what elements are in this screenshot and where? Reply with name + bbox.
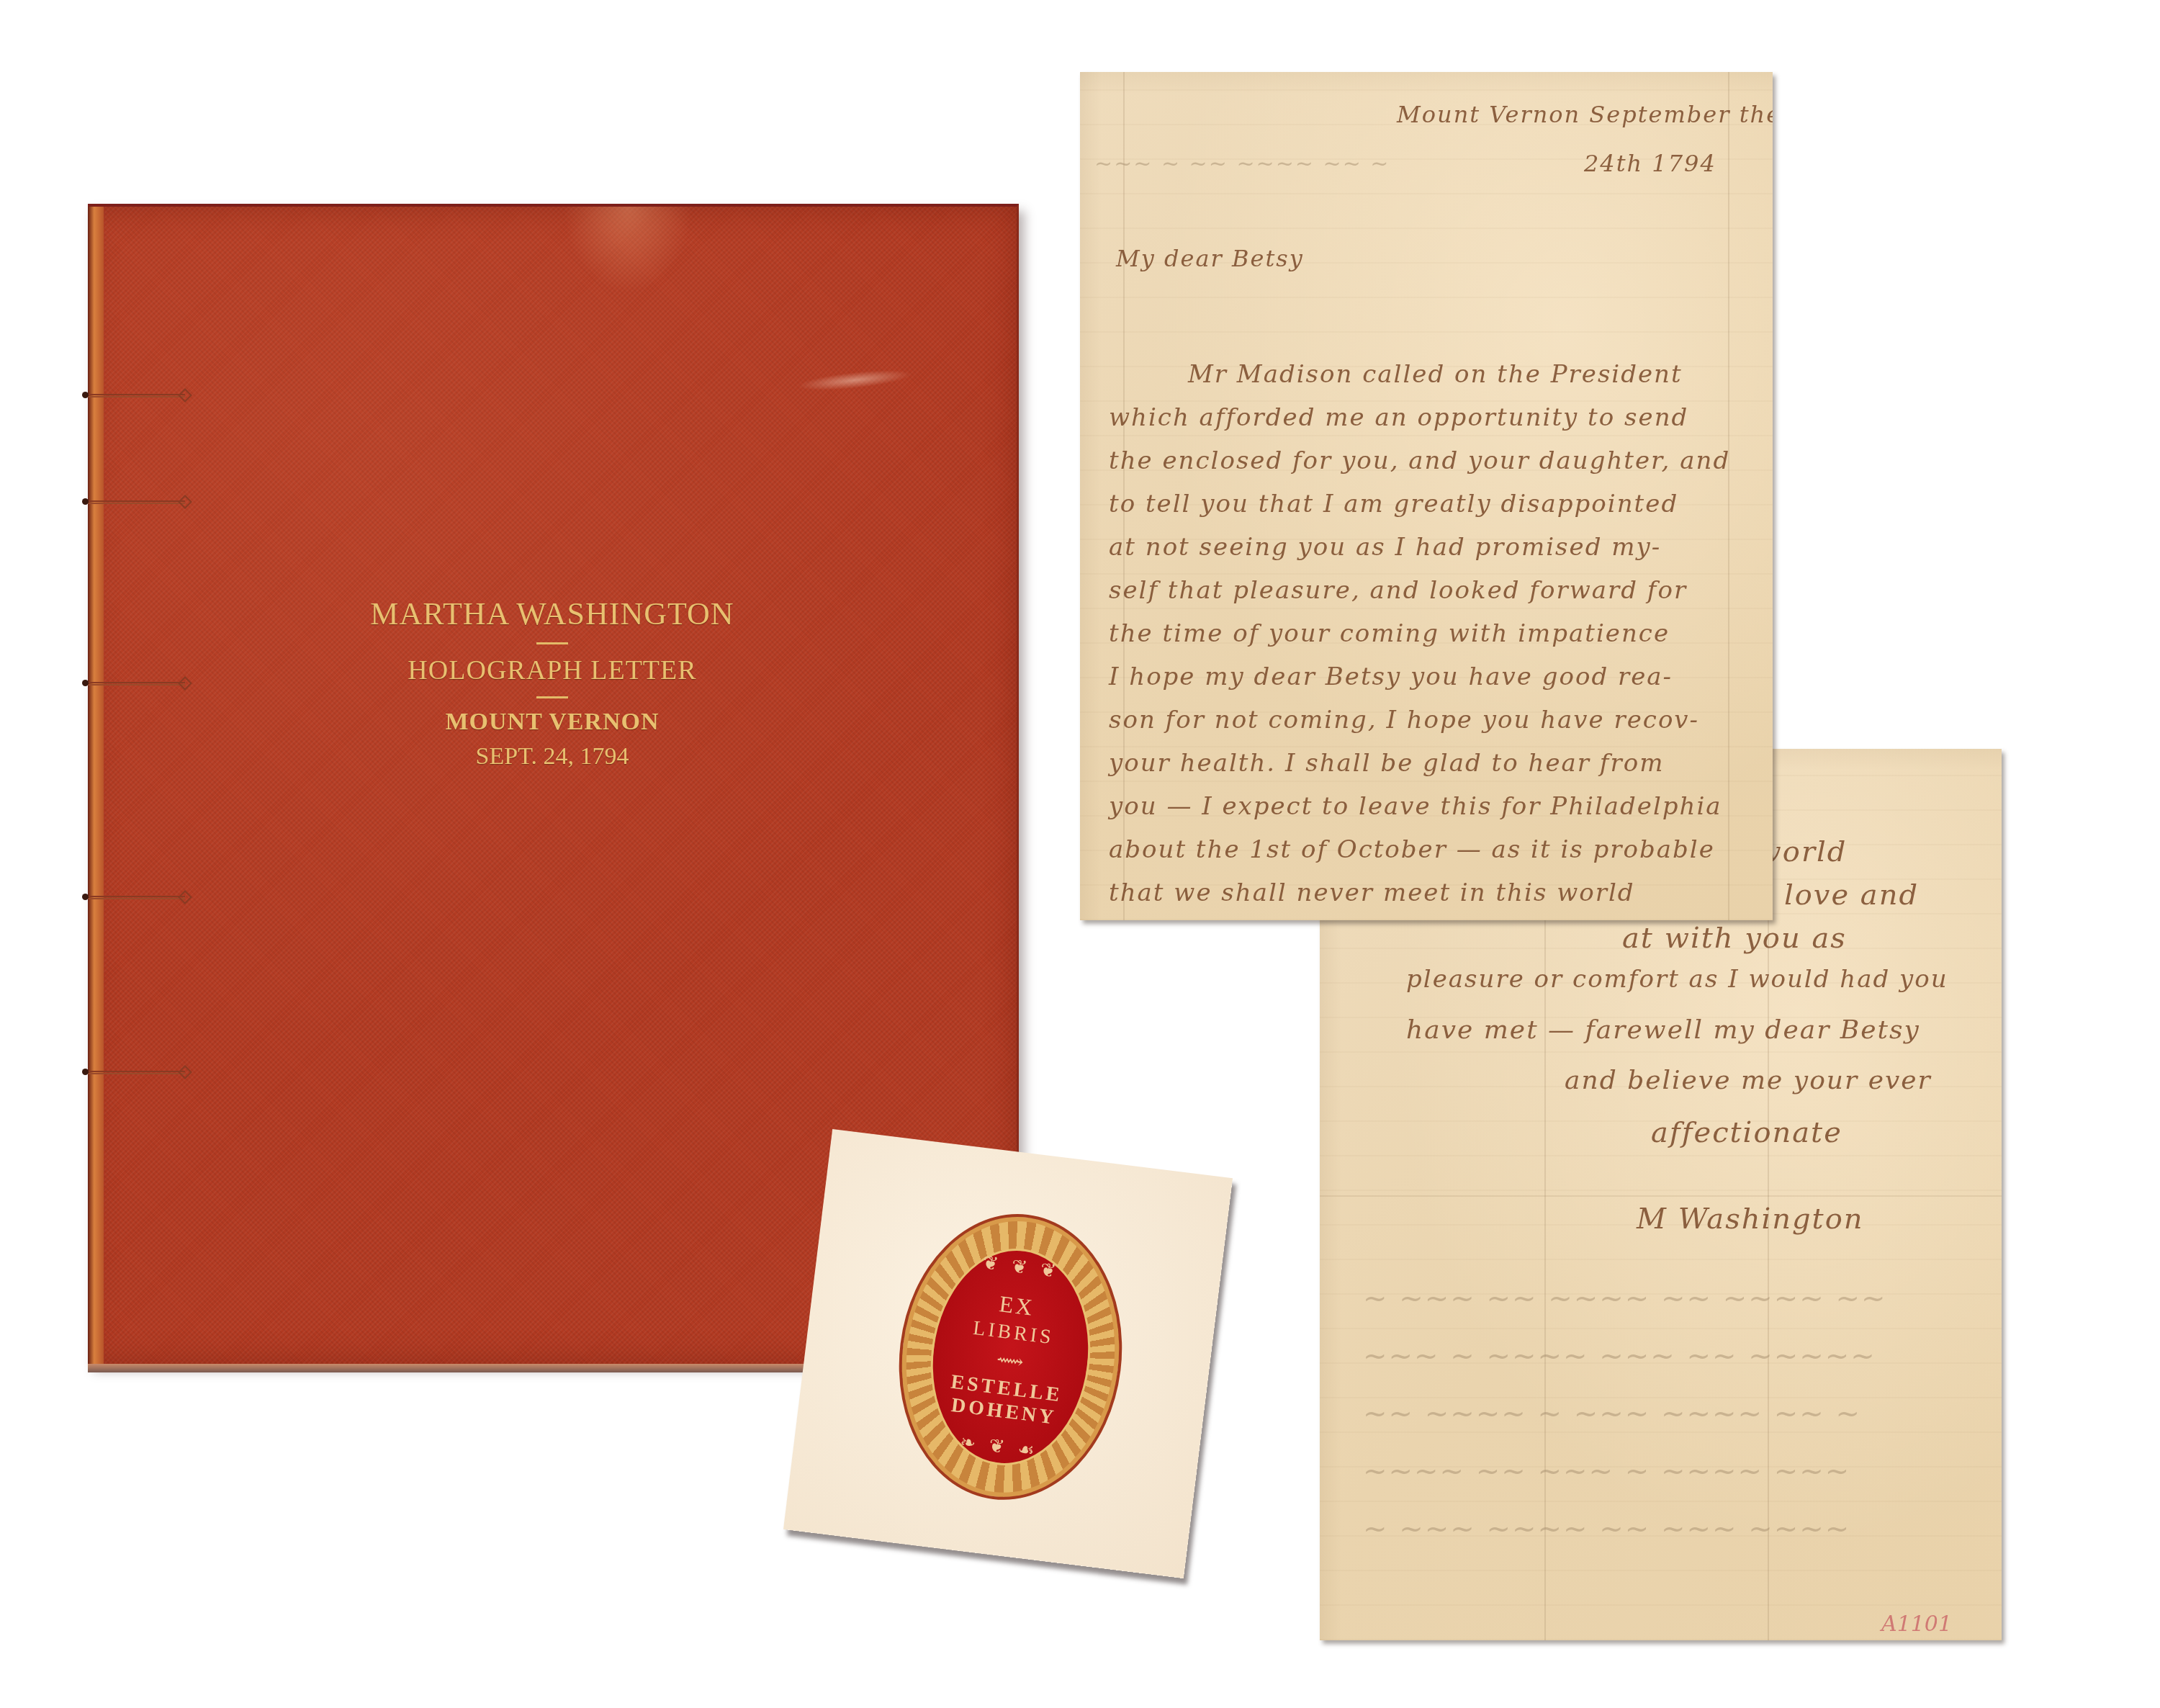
leaf-ornament-icon: ❦ ❦ ❦ (981, 1251, 1061, 1282)
handwritten-line: which afforded me an opportunity to send (1109, 403, 1688, 432)
cover-title: MARTHA WASHINGTON (88, 595, 1017, 632)
cover-divider (536, 696, 568, 698)
leaf-ornament-icon: ❧ ❦ ☙ (959, 1431, 1040, 1462)
handwritten-line: pleasure or comfort as I would had you (1406, 965, 1948, 994)
ex-libris-bookplate: ❦ ❦ ❦ EX LIBRIS ⟿ ESTELLE DOHENY ❧ ❦ ☙ (783, 1129, 1233, 1578)
handwritten-line: you — I expect to leave this for Philade… (1109, 792, 1722, 821)
handwritten-line: affectionate (1651, 1116, 1842, 1149)
handwritten-line: that we shall never meet in this world (1109, 878, 1635, 907)
binding-stitch-icon (88, 892, 196, 901)
binding-stitch-icon (88, 497, 196, 505)
handwritten-line: have met — farewell my dear Betsy (1406, 1015, 1920, 1045)
letter-salutation: My dear Betsy (1116, 245, 1304, 272)
handwritten-line: about the 1st of October — as it is prob… (1109, 835, 1715, 864)
handwritten-line: the time of your coming with impatience (1109, 619, 1670, 648)
bleed-through-text: ~ ~~~ ~~~~ ~~ ~~~ ~~~~ (1363, 1512, 1850, 1545)
bleed-through-text: ~~~ ~ ~~ ~~~~ ~~ ~ (1094, 151, 1390, 176)
cover-divider (536, 642, 568, 644)
handwritten-line: and believe me your ever (1565, 1066, 1932, 1095)
cover-gilt-inscription: MARTHA WASHINGTON HOLOGRAPH LETTER MOUNT… (88, 595, 1017, 770)
handwritten-line: Mr Madison called on the President (1188, 360, 1683, 389)
arrow-ornament-icon: ⟿ (995, 1349, 1025, 1373)
letter-dateline: 24th 1794 (1584, 150, 1716, 177)
handwritten-line: to tell you that I am greatly disappoint… (1109, 490, 1678, 518)
cover-subtitle: HOLOGRAPH LETTER (88, 655, 1017, 686)
cover-scuff-mark (796, 367, 912, 395)
bookplate-ex: EX (998, 1290, 1036, 1321)
paper-fold-line (1728, 72, 1729, 920)
book-spine-edge (88, 207, 104, 1364)
cover-wear-mark (563, 207, 693, 293)
handwritten-line: at with you as (1622, 922, 1847, 955)
bookplate-red-field: ❦ ❦ ❦ EX LIBRIS ⟿ ESTELLE DOHENY ❧ ❦ ☙ (919, 1239, 1102, 1475)
handwritten-line: the enclosed for you, and your daughter,… (1109, 446, 1730, 475)
bleed-through-text: ~~~ ~ ~~~~ ~~~ ~~ ~~~~~ (1363, 1339, 1876, 1372)
letter-page-1: Mount Vernon September the 24th 1794 ~~~… (1080, 72, 1773, 920)
binding-stitch-icon (88, 390, 196, 399)
paper-fold-line (1320, 1195, 2002, 1197)
binding-stitch-icon (88, 1067, 196, 1076)
cover-place: MOUNT VERNON (88, 709, 1017, 736)
laurel-wreath-border-icon: ❦ ❦ ❦ EX LIBRIS ⟿ ESTELLE DOHENY ❧ ❦ ☙ (883, 1201, 1138, 1513)
handwritten-line: at not seeing you as I had promised my- (1109, 533, 1661, 562)
bookplate-libris: LIBRIS (972, 1316, 1056, 1349)
signature: M Washington (1637, 1203, 1864, 1236)
handwritten-line: your health. I shall be glad to hear fro… (1109, 749, 1664, 778)
handwritten-line: son for not coming, I hope you have reco… (1109, 706, 1699, 734)
letter-dateline: Mount Vernon September the (1397, 101, 1773, 128)
cover-date: SEPT. 24, 1794 (88, 743, 1017, 770)
bleed-through-text: ~ ~~~ ~~ ~~~~ ~~ ~~~~ ~~ (1363, 1282, 1887, 1315)
catalog-number: A1101 (1881, 1612, 1952, 1637)
handwritten-line: self that pleasure, and looked forward f… (1109, 576, 1687, 605)
handwritten-line: I hope my dear Betsy you have good rea- (1109, 662, 1673, 691)
bleed-through-text: ~~ ~~~~ ~ ~~~ ~~~~ ~~ ~ (1363, 1397, 1861, 1430)
bleed-through-text: ~~~~ ~~ ~~~ ~ ~~~~ ~~~ (1363, 1455, 1850, 1488)
